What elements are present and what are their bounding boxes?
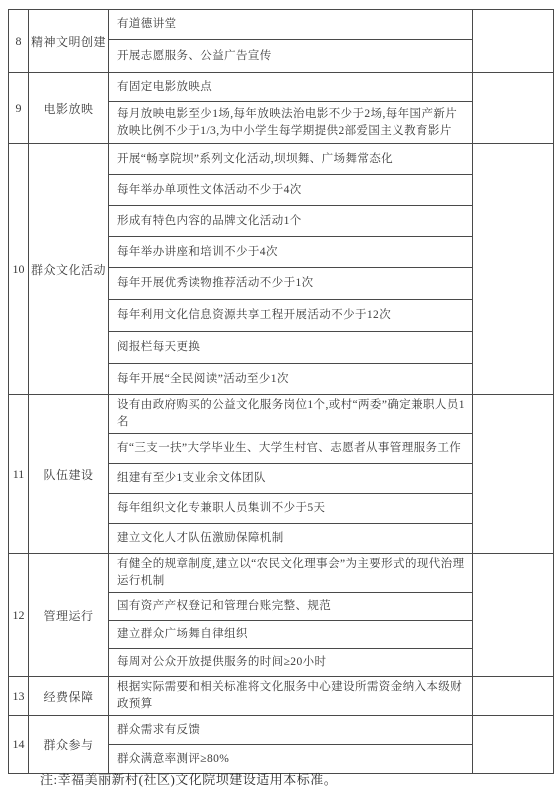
criterion-cell: 有健全的规章制度,建立以“农民文化理事会”为主要形式的现代治理运行机制 (109, 554, 473, 593)
category-cell: 精神文明创建 (29, 10, 109, 73)
table-row: 14群众参与群众需求有反馈 (9, 716, 554, 745)
row-number: 8 (9, 10, 29, 73)
table-body: 8精神文明创建有道德讲堂开展志愿服务、公益广告宣传9电影放映有固定电影放映点每月… (9, 10, 554, 774)
criterion-cell: 每月放映电影至少1场,每年放映法治电影不少于2场,每年国产新片放映比例不少于1/… (109, 102, 473, 144)
criterion-cell: 群众需求有反馈 (109, 716, 473, 745)
criterion-cell: 形成有特色内容的品牌文化活动1个 (109, 206, 473, 237)
criterion-cell: 设有由政府购买的公益文化服务岗位1个,或村“两委”确定兼职人员1名 (109, 395, 473, 434)
row-number: 10 (9, 144, 29, 395)
criterion-cell: 国有资产产权登记和管理台账完整、规范 (109, 593, 473, 621)
score-cell-empty (473, 10, 554, 73)
criterion-cell: 每年开展优秀读物推荐活动不少于1次 (109, 268, 473, 300)
category-cell: 群众参与 (29, 716, 109, 774)
criterion-cell: 根据实际需要和相关标准将文化服务中心建设所需资金纳入本级财政预算 (109, 677, 473, 716)
criterion-cell: 组建有至少1支业余文体团队 (109, 464, 473, 494)
criterion-cell: 建立群众广场舞自律组织 (109, 621, 473, 649)
score-cell-empty (473, 677, 554, 716)
category-cell: 群众文化活动 (29, 144, 109, 395)
table-row: 9电影放映有固定电影放映点 (9, 73, 554, 102)
score-cell-empty (473, 395, 554, 554)
category-cell: 电影放映 (29, 73, 109, 144)
note: 注:幸福美丽新村(社区)文化院坝建设适用本标准。 (40, 769, 337, 788)
standards-table: 8精神文明创建有道德讲堂开展志愿服务、公益广告宣传9电影放映有固定电影放映点每月… (8, 9, 554, 774)
row-number: 11 (9, 395, 29, 554)
document-page: 8精神文明创建有道德讲堂开展志愿服务、公益广告宣传9电影放映有固定电影放映点每月… (0, 0, 558, 793)
table-row: 8精神文明创建有道德讲堂 (9, 10, 554, 40)
row-number: 9 (9, 73, 29, 144)
criterion-cell: 开展“畅享院坝”系列文化活动,坝坝舞、广场舞常态化 (109, 144, 473, 175)
row-number: 14 (9, 716, 29, 774)
criterion-cell: 每年举办单项性文体活动不少于4次 (109, 175, 473, 206)
score-cell-empty (473, 73, 554, 144)
table-row: 11队伍建设设有由政府购买的公益文化服务岗位1个,或村“两委”确定兼职人员1名 (9, 395, 554, 434)
criterion-cell: 有道德讲堂 (109, 10, 473, 40)
category-cell: 管理运行 (29, 554, 109, 677)
score-cell-empty (473, 144, 554, 395)
category-cell: 经费保障 (29, 677, 109, 716)
score-cell-empty (473, 716, 554, 774)
row-number: 12 (9, 554, 29, 677)
criterion-cell: 每年利用文化信息资源共享工程开展活动不少于12次 (109, 300, 473, 332)
score-cell-empty (473, 554, 554, 677)
criterion-cell: 每年举办讲座和培训不少于4次 (109, 237, 473, 268)
table-row: 13经费保障根据实际需要和相关标准将文化服务中心建设所需资金纳入本级财政预算 (9, 677, 554, 716)
table-row: 10群众文化活动开展“畅享院坝”系列文化活动,坝坝舞、广场舞常态化 (9, 144, 554, 175)
criterion-cell: 开展志愿服务、公益广告宣传 (109, 40, 473, 73)
criterion-cell: 每年组织文化专兼职人员集训不少于5天 (109, 494, 473, 524)
criterion-cell: 阅报栏每天更换 (109, 332, 473, 364)
category-cell: 队伍建设 (29, 395, 109, 554)
table-row: 12管理运行有健全的规章制度,建立以“农民文化理事会”为主要形式的现代治理运行机… (9, 554, 554, 593)
criterion-cell: 每年开展“全民阅读”活动至少1次 (109, 364, 473, 395)
criterion-cell: 每周对公众开放提供服务的时间≥20小时 (109, 649, 473, 677)
criterion-cell: 有“三支一扶”大学毕业生、大学生村官、志愿者从事管理服务工作 (109, 434, 473, 464)
row-number: 13 (9, 677, 29, 716)
criterion-cell: 建立文化人才队伍激励保障机制 (109, 524, 473, 554)
criterion-cell: 有固定电影放映点 (109, 73, 473, 102)
